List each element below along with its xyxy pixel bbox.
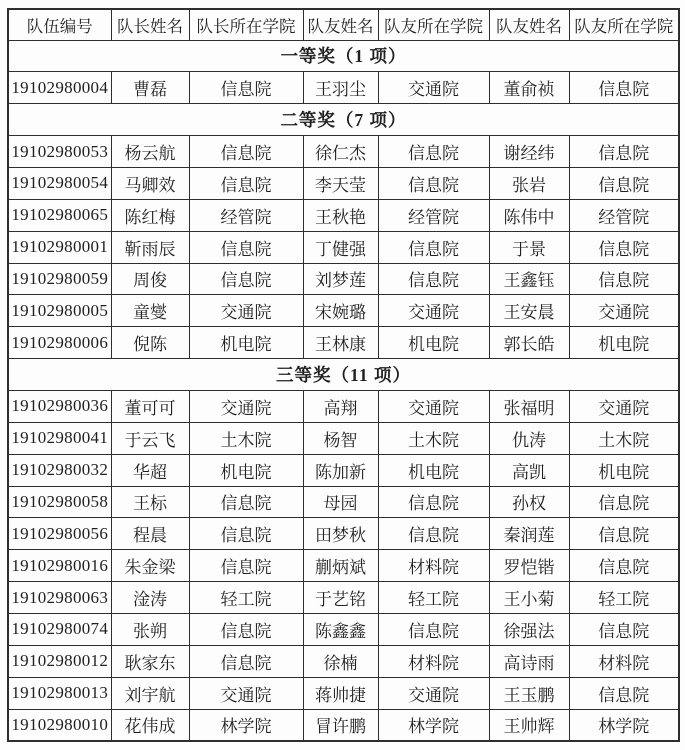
cell-member1-name: 王林康 [303, 327, 378, 359]
header-row: 队伍编号队长姓名队长所在学院队友姓名队友所在学院队友姓名队友所在学院 [8, 9, 679, 40]
cell-captain-name: 淦涛 [111, 582, 189, 614]
cell-member2-name: 高凯 [489, 454, 569, 486]
cell-team-id: 19102980006 [8, 327, 111, 359]
cell-captain-name: 于云飞 [111, 422, 189, 454]
cell-captain-college: 机电院 [189, 327, 303, 359]
cell-team-id: 19102980053 [8, 136, 111, 168]
cell-team-id: 19102980012 [8, 645, 111, 677]
cell-member1-name: 王羽尘 [303, 72, 378, 104]
table-row: 19102980041于云飞土木院杨智土木院仇涛土木院 [8, 422, 679, 454]
cell-member1-college: 机电院 [378, 454, 489, 486]
table-row: 19102980063淦涛轻工院于艺铭轻工院王小菊轻工院 [8, 582, 679, 614]
cell-member2-name: 于景 [489, 231, 569, 263]
cell-member2-college: 林学院 [569, 709, 679, 741]
cell-member2-college: 土木院 [569, 422, 679, 454]
table-row: 19102980032华超机电院陈加新机电院高凯机电院 [8, 454, 679, 486]
cell-member2-name: 董俞祯 [489, 72, 569, 104]
cell-team-id: 19102980016 [8, 550, 111, 582]
table-row: 19102980001靳雨辰信息院丁健强信息院于景信息院 [8, 231, 679, 263]
cell-member1-college: 材料院 [378, 550, 489, 582]
cell-member1-name: 蒋帅捷 [303, 677, 378, 709]
cell-member1-name: 冒许鹏 [303, 709, 378, 741]
cell-member1-name: 杨智 [303, 422, 378, 454]
cell-member1-college: 经管院 [378, 199, 489, 231]
column-header: 队友所在学院 [569, 9, 679, 40]
cell-captain-name: 杨云航 [111, 136, 189, 168]
cell-member2-name: 王小菊 [489, 582, 569, 614]
cell-member2-name: 郭长皓 [489, 327, 569, 359]
table-row: 19102980013刘宇航交通院蒋帅捷交通院王玉鹏信息院 [8, 677, 679, 709]
cell-captain-name: 董可可 [111, 390, 189, 422]
cell-captain-college: 交通院 [189, 390, 303, 422]
section-header-row: 一等奖（1 项） [8, 40, 679, 72]
cell-member1-name: 高翔 [303, 390, 378, 422]
cell-member2-name: 王鑫钰 [489, 263, 569, 295]
cell-captain-college: 交通院 [189, 295, 303, 327]
column-header: 队友姓名 [303, 9, 378, 40]
cell-team-id: 19102980036 [8, 390, 111, 422]
cell-team-id: 19102980074 [8, 613, 111, 645]
cell-member1-name: 王秋艳 [303, 199, 378, 231]
section-title: 二等奖（7 项） [8, 104, 679, 136]
cell-member1-college: 交通院 [378, 677, 489, 709]
cell-member2-name: 王帅辉 [489, 709, 569, 741]
cell-member2-college: 信息院 [569, 72, 679, 104]
cell-member1-name: 于艺铭 [303, 582, 378, 614]
cell-captain-name: 曹磊 [111, 72, 189, 104]
section-header-row: 二等奖（7 项） [8, 104, 679, 136]
cell-captain-college: 信息院 [189, 550, 303, 582]
cell-member1-name: 丁健强 [303, 231, 378, 263]
cell-member2-name: 秦润莲 [489, 518, 569, 550]
cell-member1-name: 母园 [303, 486, 378, 518]
cell-captain-name: 华超 [111, 454, 189, 486]
cell-captain-college: 信息院 [189, 231, 303, 263]
cell-member1-name: 蒯炳斌 [303, 550, 378, 582]
cell-team-id: 19102980005 [8, 295, 111, 327]
cell-team-id: 19102980063 [8, 582, 111, 614]
cell-member2-name: 罗恺锴 [489, 550, 569, 582]
cell-captain-name: 耿家东 [111, 645, 189, 677]
cell-member2-college: 信息院 [569, 136, 679, 168]
cell-member2-college: 交通院 [569, 390, 679, 422]
cell-team-id: 19102980004 [8, 72, 111, 104]
cell-member2-college: 经管院 [569, 199, 679, 231]
cell-captain-name: 童燮 [111, 295, 189, 327]
cell-captain-name: 张朔 [111, 613, 189, 645]
cell-captain-college: 信息院 [189, 613, 303, 645]
award-results-table: 队伍编号队长姓名队长所在学院队友姓名队友所在学院队友姓名队友所在学院 一等奖（1… [7, 8, 680, 742]
cell-captain-college: 机电院 [189, 454, 303, 486]
cell-member1-name: 徐楠 [303, 645, 378, 677]
cell-captain-college: 信息院 [189, 486, 303, 518]
cell-captain-college: 轻工院 [189, 582, 303, 614]
cell-member1-name: 李天莹 [303, 167, 378, 199]
cell-team-id: 19102980010 [8, 709, 111, 741]
cell-member1-college: 交通院 [378, 72, 489, 104]
cell-member2-college: 信息院 [569, 518, 679, 550]
cell-member1-name: 宋婉璐 [303, 295, 378, 327]
table-row: 19102980005童燮交通院宋婉璐交通院王安晨交通院 [8, 295, 679, 327]
cell-captain-college: 信息院 [189, 518, 303, 550]
cell-member1-college: 机电院 [378, 327, 489, 359]
table-row: 19102980074张朔信息院陈鑫鑫信息院徐强法信息院 [8, 613, 679, 645]
cell-captain-name: 靳雨辰 [111, 231, 189, 263]
cell-member1-college: 信息院 [378, 231, 489, 263]
cell-captain-college: 交通院 [189, 677, 303, 709]
section-header-row: 三等奖（11 项） [8, 359, 679, 391]
cell-captain-college: 信息院 [189, 263, 303, 295]
cell-member2-college: 信息院 [569, 613, 679, 645]
award-results-page: 队伍编号队长姓名队长所在学院队友姓名队友所在学院队友姓名队友所在学院 一等奖（1… [0, 0, 685, 750]
cell-team-id: 19102980056 [8, 518, 111, 550]
cell-member2-college: 机电院 [569, 454, 679, 486]
column-header: 队伍编号 [8, 9, 111, 40]
cell-team-id: 19102980065 [8, 199, 111, 231]
cell-team-id: 19102980032 [8, 454, 111, 486]
cell-member1-college: 信息院 [378, 613, 489, 645]
cell-member1-name: 陈鑫鑫 [303, 613, 378, 645]
cell-member1-college: 交通院 [378, 390, 489, 422]
section-title: 一等奖（1 项） [8, 40, 679, 72]
cell-member1-college: 信息院 [378, 136, 489, 168]
cell-member1-name: 陈加新 [303, 454, 378, 486]
cell-member1-college: 信息院 [378, 518, 489, 550]
table-row: 19102980006倪陈机电院王林康机电院郭长皓机电院 [8, 327, 679, 359]
cell-member1-college: 材料院 [378, 645, 489, 677]
cell-member2-name: 张岩 [489, 167, 569, 199]
cell-member1-college: 信息院 [378, 486, 489, 518]
table-row: 19102980059周俊信息院刘梦莲信息院王鑫钰信息院 [8, 263, 679, 295]
cell-member2-college: 信息院 [569, 231, 679, 263]
cell-member2-college: 信息院 [569, 677, 679, 709]
column-header: 队友姓名 [489, 9, 569, 40]
cell-member2-name: 陈伟中 [489, 199, 569, 231]
cell-team-id: 19102980059 [8, 263, 111, 295]
table-body: 一等奖（1 项）19102980004曹磊信息院王羽尘交通院董俞祯信息院二等奖（… [8, 40, 679, 741]
cell-member1-name: 田梦秋 [303, 518, 378, 550]
cell-member1-college: 林学院 [378, 709, 489, 741]
table-row: 19102980058王标信息院母园信息院孙权信息院 [8, 486, 679, 518]
table-row: 19102980010花伟成林学院冒许鹏林学院王帅辉林学院 [8, 709, 679, 741]
cell-captain-name: 陈红梅 [111, 199, 189, 231]
cell-captain-name: 王标 [111, 486, 189, 518]
cell-team-id: 19102980041 [8, 422, 111, 454]
cell-member1-college: 土木院 [378, 422, 489, 454]
cell-captain-name: 花伟成 [111, 709, 189, 741]
cell-member2-name: 高诗雨 [489, 645, 569, 677]
table-row: 19102980053杨云航信息院徐仁杰信息院谢经纬信息院 [8, 136, 679, 168]
cell-captain-name: 程晨 [111, 518, 189, 550]
cell-team-id: 19102980058 [8, 486, 111, 518]
column-header: 队长姓名 [111, 9, 189, 40]
cell-member2-name: 王安晨 [489, 295, 569, 327]
column-header: 队友所在学院 [378, 9, 489, 40]
cell-member2-college: 信息院 [569, 486, 679, 518]
cell-captain-name: 刘宇航 [111, 677, 189, 709]
cell-captain-college: 土木院 [189, 422, 303, 454]
table-row: 19102980056程晨信息院田梦秋信息院秦润莲信息院 [8, 518, 679, 550]
cell-member1-name: 徐仁杰 [303, 136, 378, 168]
cell-member2-name: 王玉鹏 [489, 677, 569, 709]
cell-team-id: 19102980054 [8, 167, 111, 199]
column-header: 队长所在学院 [189, 9, 303, 40]
cell-member1-college: 信息院 [378, 167, 489, 199]
cell-member2-college: 信息院 [569, 167, 679, 199]
table-row: 19102980016朱金梁信息院蒯炳斌材料院罗恺锴信息院 [8, 550, 679, 582]
cell-captain-college: 经管院 [189, 199, 303, 231]
cell-captain-college: 信息院 [189, 136, 303, 168]
cell-member2-college: 机电院 [569, 327, 679, 359]
cell-member2-college: 轻工院 [569, 582, 679, 614]
cell-member2-name: 仇涛 [489, 422, 569, 454]
cell-team-id: 19102980013 [8, 677, 111, 709]
cell-captain-college: 信息院 [189, 645, 303, 677]
cell-member1-college: 轻工院 [378, 582, 489, 614]
cell-member2-name: 徐强法 [489, 613, 569, 645]
cell-member1-college: 交通院 [378, 295, 489, 327]
cell-captain-college: 林学院 [189, 709, 303, 741]
cell-team-id: 19102980001 [8, 231, 111, 263]
cell-member2-college: 信息院 [569, 550, 679, 582]
table-row: 19102980054马卿效信息院李天莹信息院张岩信息院 [8, 167, 679, 199]
cell-captain-college: 信息院 [189, 167, 303, 199]
cell-captain-name: 马卿效 [111, 167, 189, 199]
cell-captain-name: 周俊 [111, 263, 189, 295]
cell-member2-name: 张福明 [489, 390, 569, 422]
table-row: 19102980012耿家东信息院徐楠材料院高诗雨材料院 [8, 645, 679, 677]
cell-captain-name: 朱金梁 [111, 550, 189, 582]
table-row: 19102980004曹磊信息院王羽尘交通院董俞祯信息院 [8, 72, 679, 104]
section-title: 三等奖（11 项） [8, 359, 679, 391]
cell-captain-college: 信息院 [189, 72, 303, 104]
cell-member2-college: 材料院 [569, 645, 679, 677]
cell-member1-college: 信息院 [378, 263, 489, 295]
cell-member1-name: 刘梦莲 [303, 263, 378, 295]
cell-member2-name: 孙权 [489, 486, 569, 518]
cell-captain-name: 倪陈 [111, 327, 189, 359]
cell-member2-college: 信息院 [569, 263, 679, 295]
cell-member2-name: 谢经纬 [489, 136, 569, 168]
cell-member2-college: 交通院 [569, 295, 679, 327]
table-row: 19102980036董可可交通院高翔交通院张福明交通院 [8, 390, 679, 422]
table-row: 19102980065陈红梅经管院王秋艳经管院陈伟中经管院 [8, 199, 679, 231]
